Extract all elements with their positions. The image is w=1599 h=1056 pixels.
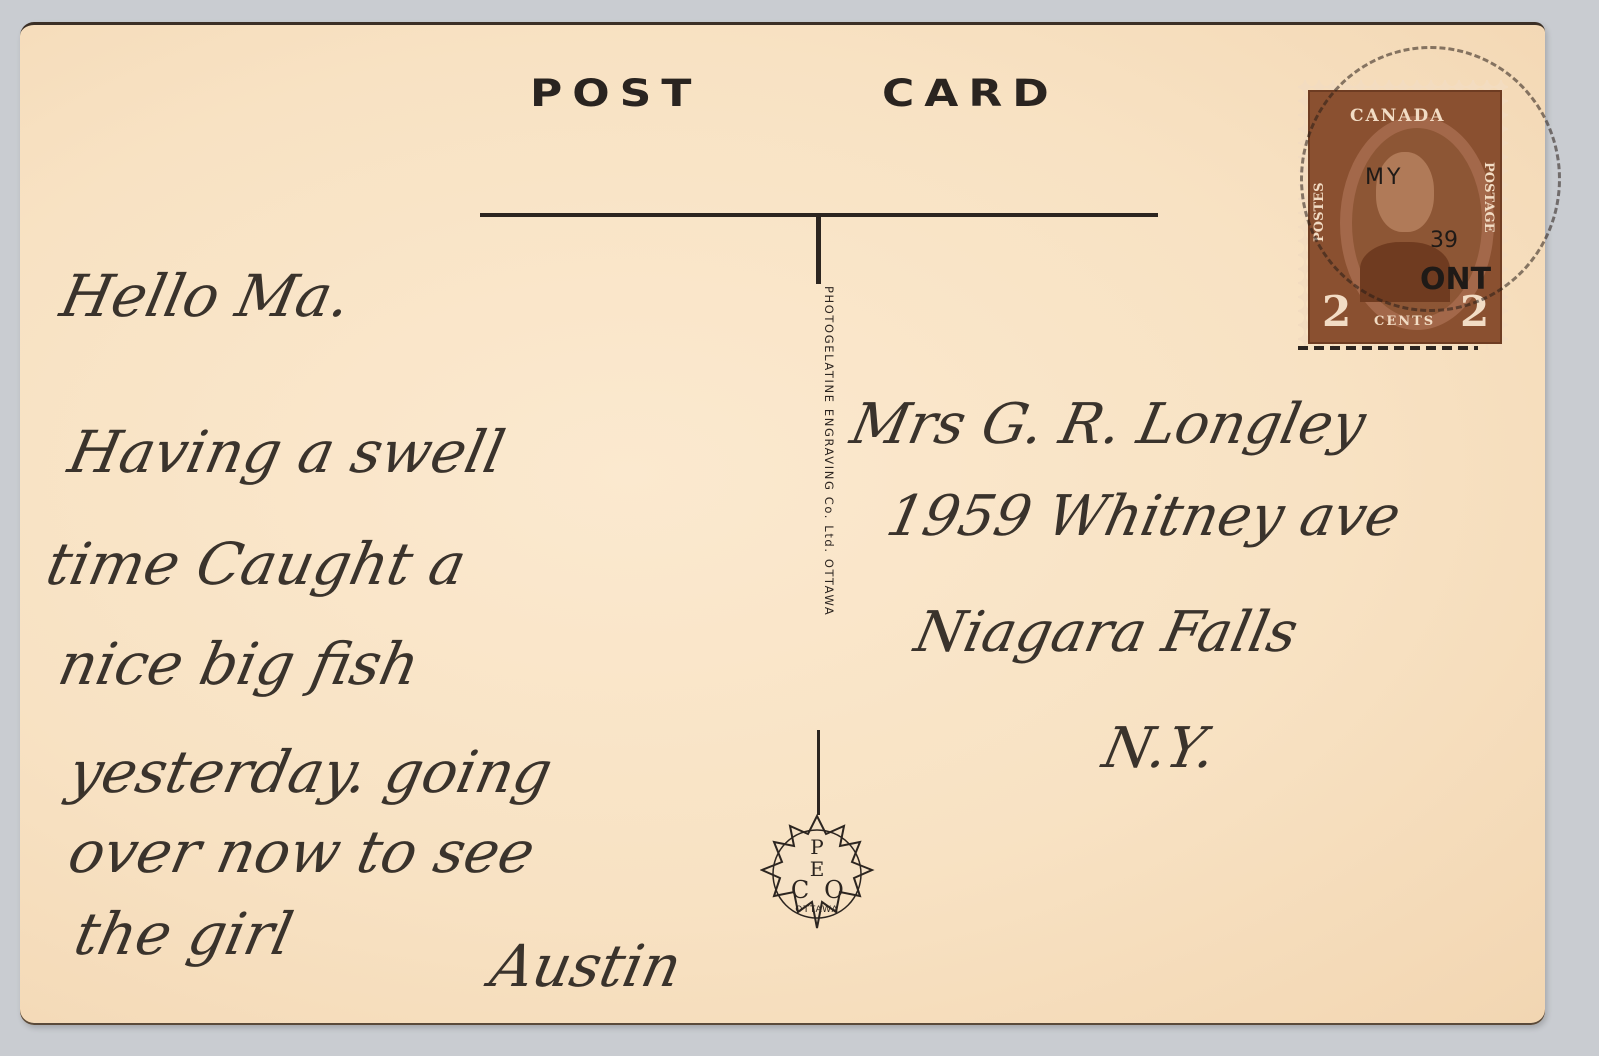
address-divider-vertical-bottom [817, 730, 820, 815]
logo-city: OTTAWA [795, 905, 838, 915]
stamp-denomination-left: 2 [1322, 287, 1351, 336]
postcard-heading-card: CARD [882, 72, 1059, 115]
postmark-province: ONT [1420, 262, 1491, 297]
message-line: over now to see [63, 818, 541, 886]
address-line: Mrs G. R. Longley [845, 392, 1371, 457]
postmark-month: MY [1365, 165, 1403, 190]
logo-letter-e: E [810, 857, 825, 881]
postcard-heading-post: POST [530, 72, 701, 115]
stamp-unit: CENTS [1374, 314, 1435, 329]
message-line: Having a swell [63, 418, 511, 486]
postmark-year: 39 [1430, 228, 1458, 253]
address-divider-vertical-top [816, 214, 821, 284]
address-line: N.Y. [1097, 716, 1222, 781]
logo-letter-p: P [810, 835, 823, 859]
logo-letter-c: C [791, 876, 809, 904]
address-line: 1959 Whitney ave [881, 484, 1406, 549]
message-line: nice big fish [53, 630, 426, 698]
address-line: Niagara Falls [909, 600, 1303, 665]
cancellation-bars [1298, 346, 1478, 350]
logo-letter-o: O [824, 876, 844, 904]
message-line: time Caught a [41, 530, 472, 598]
printer-imprint: PHOTOGELATINE ENGRAVING Co. Ltd. OTTAWA [816, 286, 836, 716]
peco-maple-leaf-icon: P E C O OTTAWA [760, 812, 875, 932]
message-signature: Austin [485, 932, 688, 1000]
message-line: the girl [69, 900, 299, 968]
message-line: yesterday. going [63, 738, 558, 806]
message-line: Hello Ma. [55, 262, 357, 330]
